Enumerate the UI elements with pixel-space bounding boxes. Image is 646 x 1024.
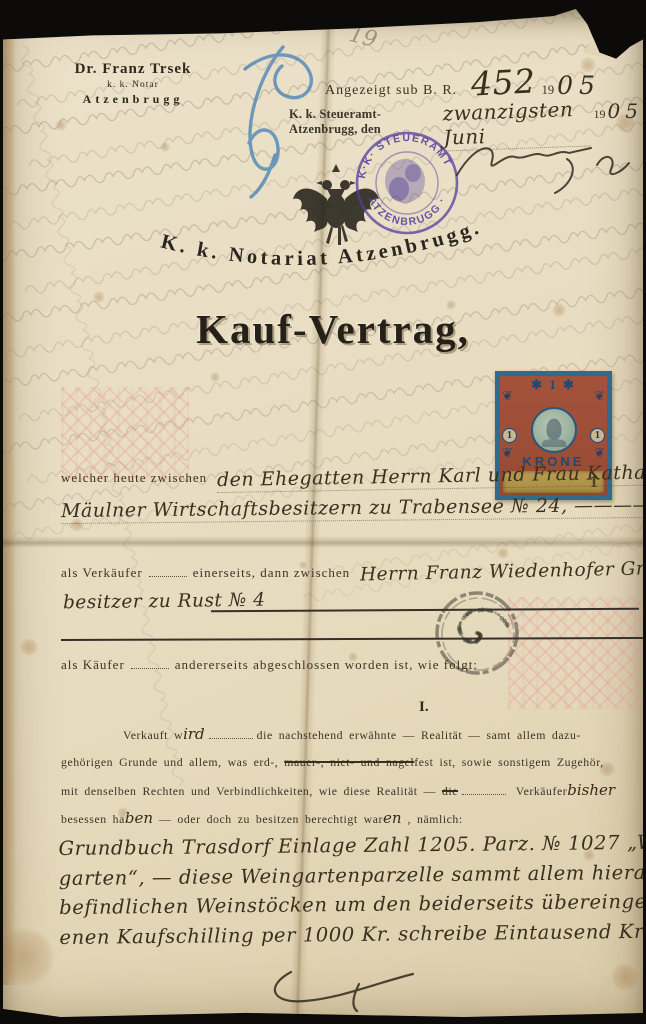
clause-segment: gehörigen Grunde und allem, was erd-, bbox=[61, 755, 284, 769]
clause-segment: die bbox=[442, 784, 458, 798]
postmark-speckle bbox=[463, 616, 464, 617]
clause-line: mit denselben Rechten und Verbindlichkei… bbox=[61, 777, 601, 805]
portrait-shoulders bbox=[542, 439, 566, 447]
postmark-speckle bbox=[474, 640, 479, 645]
postmark-speckle bbox=[480, 634, 481, 635]
tax-date-handwritten: zwanzigsten Juni bbox=[442, 96, 590, 151]
postmark-speckle bbox=[497, 613, 500, 616]
buyer-name-handwritten: Herrn Franz Wiedenhofer Grund- bbox=[360, 558, 646, 586]
clause-segment: mit denselben Rechten und Verbindlichkei… bbox=[61, 784, 442, 798]
clause-segment: fest ist, sowie sonstigem Zugehör, bbox=[414, 755, 603, 769]
clause-line: gehörigen Grunde und allem, was erd-, ma… bbox=[61, 749, 601, 776]
tax-century: 19 bbox=[594, 107, 606, 122]
page-edge-strip bbox=[3, 35, 16, 985]
parties-line2-row: Mäulner Wirtschaftsbesitzern zu Trabense… bbox=[61, 497, 646, 521]
postmark-speckle bbox=[460, 634, 461, 635]
stamp-ornament-icon: ❦ bbox=[502, 388, 513, 404]
arc-header: K. k. Notariat Atzenbrugg. bbox=[108, 193, 568, 313]
postmark-speckle bbox=[500, 616, 501, 617]
stamp-side-numeral: 1 bbox=[590, 428, 605, 443]
notary-place: Atzenbrugg bbox=[53, 92, 213, 107]
portrait-head bbox=[546, 418, 561, 439]
arc-header-text: K. k. Notariat Atzenbrugg. bbox=[159, 216, 485, 270]
postmark-speckle bbox=[457, 625, 462, 630]
clause-segment bbox=[209, 730, 253, 739]
clause-segment: , nämlich: bbox=[402, 812, 463, 826]
seller-address-handwritten: Mäulner Wirtschaftsbesitzern zu Trabense… bbox=[61, 494, 646, 524]
seller-names-handwritten: den Ehegatten Herrn Karl und Frau Kathar… bbox=[217, 461, 646, 493]
clause-segment: Verkäufer bbox=[510, 784, 567, 798]
tax-office-line: K. k. Steueramt-Atzenbrugg, den zwanzigs… bbox=[289, 99, 643, 149]
section-numeral: I. bbox=[419, 699, 429, 716]
svg-text:K. k. Notariat Atzenbrugg.: K. k. Notariat Atzenbrugg. bbox=[159, 216, 485, 270]
buyer-row: als Käufer andererseits abgeschlossen wo… bbox=[61, 657, 478, 673]
seller-continuation: einerseits, dann zwischen bbox=[193, 565, 350, 581]
clause-segment: Verkauft w bbox=[123, 728, 183, 742]
clause-paragraph: Verkauft wirddie nachstehend erwähnte — … bbox=[61, 721, 601, 834]
clause-segment: besessen ha bbox=[61, 812, 125, 826]
scanned-document: Dr. Franz Trsek k. k. Notar Atzenbrugg A… bbox=[0, 0, 646, 1024]
deed-handwriting: Grundbuch Trasdorf Einlage Zahl 1205. Pa… bbox=[58, 828, 639, 952]
clause-segment bbox=[462, 786, 506, 795]
document-title: Kauf-Vertrag, bbox=[153, 305, 513, 353]
postmark-speckle bbox=[471, 641, 474, 644]
postmark-speckle bbox=[462, 619, 463, 620]
clause-segment: ben bbox=[125, 809, 153, 827]
tax-year-handwritten: 05 bbox=[608, 99, 643, 123]
postmark-speckle bbox=[494, 611, 497, 614]
postmark-speckle bbox=[459, 632, 460, 633]
clause-segment: mauer-, niet- und nagel bbox=[284, 755, 414, 769]
stamp-ornament-icon: ❦ bbox=[594, 388, 605, 404]
clause-line: Verkauft wirddie nachstehend erwähnte — … bbox=[61, 721, 601, 749]
notary-letterhead: Dr. Franz Trsek k. k. Notar Atzenbrugg bbox=[53, 61, 213, 107]
stamp-side-numeral: 1 bbox=[502, 428, 517, 443]
postmark-speckle bbox=[469, 641, 470, 642]
pink-stamp-offset-right bbox=[508, 597, 645, 709]
registration-line: Angezeigt sub B. R. 452 19 05 bbox=[325, 63, 601, 102]
seller-row: als Verkäufer einerseits, dann zwischen … bbox=[61, 561, 646, 582]
revenue-stamp-value: ✱ 1 ✱ bbox=[500, 377, 607, 393]
dotted-fill bbox=[131, 659, 169, 669]
horizontal-fold-crease bbox=[3, 536, 643, 548]
clause-segment: en bbox=[383, 809, 402, 827]
intro-label: welcher heute zwischen bbox=[61, 470, 207, 486]
buyer-label: als Käufer bbox=[61, 657, 125, 673]
clause-segment: bisher bbox=[567, 781, 615, 799]
clause-segment: — oder doch zu besitzen berechtigt war bbox=[153, 812, 383, 826]
notary-title: k. k. Notar bbox=[53, 80, 213, 90]
tax-office-label: K. k. Steueramt-Atzenbrugg, den bbox=[289, 107, 439, 137]
registration-year-handwritten: 05 bbox=[557, 71, 601, 100]
postmark-speckle bbox=[505, 621, 506, 622]
emperor-portrait-icon bbox=[531, 407, 577, 453]
registration-century: 19 bbox=[542, 83, 555, 98]
postmark-speckle bbox=[505, 622, 510, 627]
postmark-speckle bbox=[503, 618, 504, 619]
buyer-continuation: andererseits abgeschlossen worden ist, w… bbox=[175, 657, 478, 673]
parties-intro-row: welcher heute zwischen den Ehegatten Her… bbox=[61, 465, 646, 489]
registration-label: Angezeigt sub B. R. bbox=[325, 83, 457, 99]
clause-segment: die nachstehend erwähnte — Realität — sa… bbox=[257, 728, 581, 742]
postmark-speckle bbox=[459, 622, 462, 625]
document-page: Dr. Franz Trsek k. k. Notar Atzenbrugg A… bbox=[3, 5, 643, 1019]
notary-name: Dr. Franz Trsek bbox=[53, 61, 213, 78]
clause-segment: ird bbox=[183, 725, 205, 743]
seller-label: als Verkäufer bbox=[61, 565, 143, 581]
registration-number-handwritten: 452 bbox=[470, 61, 536, 103]
dotted-fill bbox=[149, 567, 187, 577]
deed-handwriting-line: enen Kaufschilling per 1000 Kr. schreibe… bbox=[59, 916, 639, 952]
paraph-flourish-icon bbox=[261, 950, 431, 1012]
buyer-address-row: besitzer zu Rust № 4 bbox=[63, 591, 265, 612]
